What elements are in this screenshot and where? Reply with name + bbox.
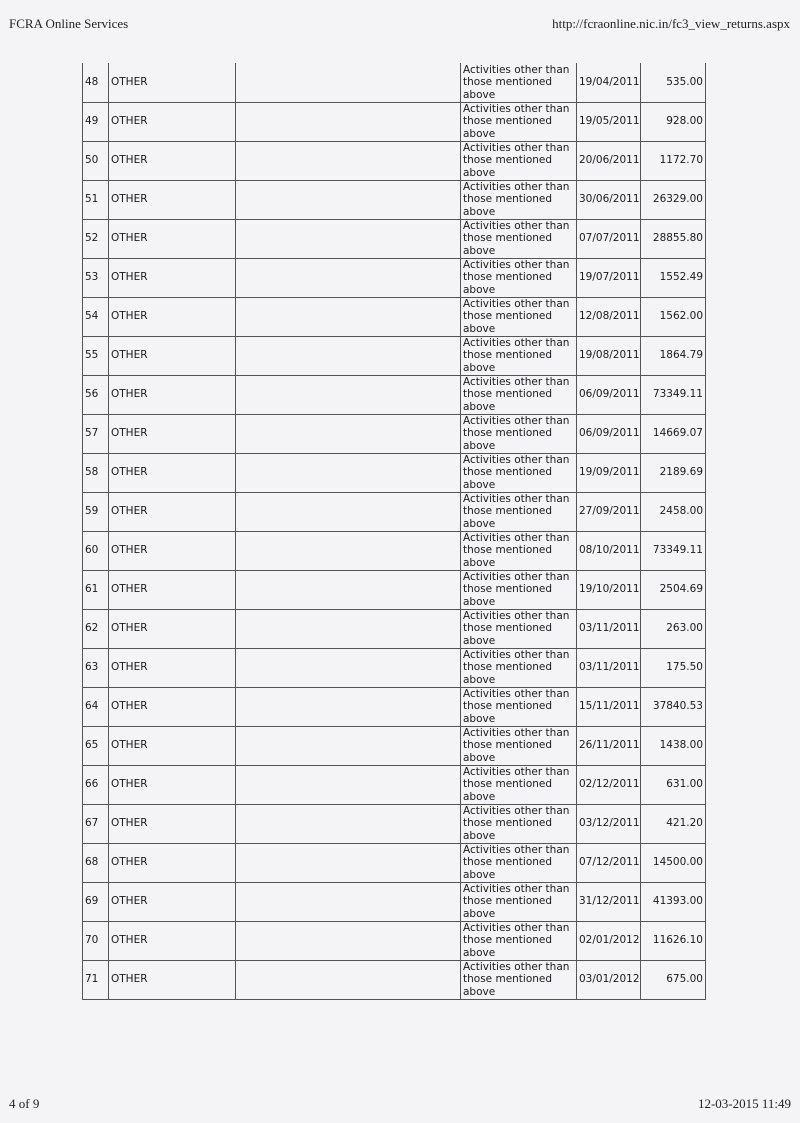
amount-cell: 14669.07 [641,414,706,453]
blank-cell [236,453,461,492]
category-cell: OTHER [109,63,236,102]
category-cell: OTHER [109,531,236,570]
blank-cell [236,219,461,258]
amount-cell: 631.00 [641,765,706,804]
serial-number-cell: 68 [83,843,109,882]
table-row: 70 OTHER Activities other than those men… [83,921,706,960]
date-cell: 19/08/2011 [577,336,641,375]
amount-cell: 928.00 [641,102,706,141]
amount-cell: 73349.11 [641,531,706,570]
blank-cell [236,258,461,297]
blank-cell [236,492,461,531]
table-row: 58 OTHER Activities other than those men… [83,453,706,492]
table-row: 50 OTHER Activities other than those men… [83,141,706,180]
category-cell: OTHER [109,765,236,804]
serial-number-cell: 49 [83,102,109,141]
date-cell: 03/12/2011 [577,804,641,843]
amount-cell: 263.00 [641,609,706,648]
purpose-cell: Activities other than those mentioned ab… [461,492,577,531]
purpose-cell: Activities other than those mentioned ab… [461,960,577,999]
blank-cell [236,648,461,687]
serial-number-cell: 57 [83,414,109,453]
table-row: 71 OTHER Activities other than those men… [83,960,706,999]
table-row: 64 OTHER Activities other than those men… [83,687,706,726]
purpose-cell: Activities other than those mentioned ab… [461,648,577,687]
purpose-cell: Activities other than those mentioned ab… [461,921,577,960]
purpose-cell: Activities other than those mentioned ab… [461,219,577,258]
table-row: 67 OTHER Activities other than those men… [83,804,706,843]
blank-cell [236,414,461,453]
date-cell: 12/08/2011 [577,297,641,336]
blank-cell [236,804,461,843]
purpose-cell: Activities other than those mentioned ab… [461,765,577,804]
amount-cell: 26329.00 [641,180,706,219]
date-cell: 19/09/2011 [577,453,641,492]
date-cell: 07/12/2011 [577,843,641,882]
date-cell: 20/06/2011 [577,141,641,180]
serial-number-cell: 66 [83,765,109,804]
amount-cell: 11626.10 [641,921,706,960]
table-row: 55 OTHER Activities other than those men… [83,336,706,375]
amount-cell: 2189.69 [641,453,706,492]
purpose-cell: Activities other than those mentioned ab… [461,141,577,180]
table-row: 49 OTHER Activities other than those men… [83,102,706,141]
amount-cell: 175.50 [641,648,706,687]
table-row: 66 OTHER Activities other than those men… [83,765,706,804]
category-cell: OTHER [109,570,236,609]
blank-cell [236,609,461,648]
purpose-cell: Activities other than those mentioned ab… [461,63,577,102]
print-timestamp: 12-03-2015 11:49 [698,1096,791,1112]
table-row: 57 OTHER Activities other than those men… [83,414,706,453]
table-row: 61 OTHER Activities other than those men… [83,570,706,609]
blank-cell [236,765,461,804]
category-cell: OTHER [109,453,236,492]
date-cell: 02/12/2011 [577,765,641,804]
serial-number-cell: 52 [83,219,109,258]
table-row: 53 OTHER Activities other than those men… [83,258,706,297]
date-cell: 03/11/2011 [577,648,641,687]
date-cell: 03/01/2012 [577,960,641,999]
date-cell: 07/07/2011 [577,219,641,258]
table-row: 60 OTHER Activities other than those men… [83,531,706,570]
purpose-cell: Activities other than those mentioned ab… [461,531,577,570]
category-cell: OTHER [109,102,236,141]
blank-cell [236,375,461,414]
date-cell: 08/10/2011 [577,531,641,570]
purpose-cell: Activities other than those mentioned ab… [461,726,577,765]
serial-number-cell: 55 [83,336,109,375]
page-number: 4 of 9 [9,1096,39,1112]
blank-cell [236,102,461,141]
table-row: 69 OTHER Activities other than those men… [83,882,706,921]
serial-number-cell: 58 [83,453,109,492]
category-cell: OTHER [109,180,236,219]
serial-number-cell: 62 [83,609,109,648]
serial-number-cell: 50 [83,141,109,180]
category-cell: OTHER [109,297,236,336]
table-row: 62 OTHER Activities other than those men… [83,609,706,648]
category-cell: OTHER [109,414,236,453]
purpose-cell: Activities other than those mentioned ab… [461,336,577,375]
purpose-cell: Activities other than those mentioned ab… [461,180,577,219]
purpose-cell: Activities other than those mentioned ab… [461,882,577,921]
purpose-cell: Activities other than those mentioned ab… [461,414,577,453]
amount-cell: 73349.11 [641,375,706,414]
date-cell: 06/09/2011 [577,414,641,453]
serial-number-cell: 67 [83,804,109,843]
amount-cell: 535.00 [641,63,706,102]
serial-number-cell: 54 [83,297,109,336]
blank-cell [236,687,461,726]
serial-number-cell: 71 [83,960,109,999]
serial-number-cell: 70 [83,921,109,960]
blank-cell [236,141,461,180]
amount-cell: 41393.00 [641,882,706,921]
date-cell: 19/05/2011 [577,102,641,141]
serial-number-cell: 61 [83,570,109,609]
purpose-cell: Activities other than those mentioned ab… [461,843,577,882]
amount-cell: 1172.70 [641,141,706,180]
category-cell: OTHER [109,882,236,921]
serial-number-cell: 51 [83,180,109,219]
serial-number-cell: 53 [83,258,109,297]
category-cell: OTHER [109,492,236,531]
table-row: 59 OTHER Activities other than those men… [83,492,706,531]
table-row: 52 OTHER Activities other than those men… [83,219,706,258]
table-row: 48 OTHER Activities other than those men… [83,63,706,102]
date-cell: 26/11/2011 [577,726,641,765]
table-row: 65 OTHER Activities other than those men… [83,726,706,765]
date-cell: 30/06/2011 [577,180,641,219]
date-cell: 02/01/2012 [577,921,641,960]
date-cell: 27/09/2011 [577,492,641,531]
site-title: FCRA Online Services [9,16,128,32]
serial-number-cell: 69 [83,882,109,921]
category-cell: OTHER [109,219,236,258]
category-cell: OTHER [109,375,236,414]
blank-cell [236,960,461,999]
category-cell: OTHER [109,687,236,726]
amount-cell: 2504.69 [641,570,706,609]
serial-number-cell: 56 [83,375,109,414]
serial-number-cell: 48 [83,63,109,102]
purpose-cell: Activities other than those mentioned ab… [461,453,577,492]
purpose-cell: Activities other than those mentioned ab… [461,375,577,414]
amount-cell: 1438.00 [641,726,706,765]
amount-cell: 1562.00 [641,297,706,336]
amount-cell: 421.20 [641,804,706,843]
page-url: http://fcraonline.nic.in/fc3_view_return… [552,16,790,32]
purpose-cell: Activities other than those mentioned ab… [461,258,577,297]
amount-cell: 37840.53 [641,687,706,726]
category-cell: OTHER [109,141,236,180]
date-cell: 15/11/2011 [577,687,641,726]
date-cell: 03/11/2011 [577,609,641,648]
blank-cell [236,843,461,882]
category-cell: OTHER [109,648,236,687]
blank-cell [236,336,461,375]
table-row: 56 OTHER Activities other than those men… [83,375,706,414]
serial-number-cell: 60 [83,531,109,570]
serial-number-cell: 64 [83,687,109,726]
amount-cell: 2458.00 [641,492,706,531]
serial-number-cell: 65 [83,726,109,765]
date-cell: 31/12/2011 [577,882,641,921]
blank-cell [236,882,461,921]
date-cell: 19/10/2011 [577,570,641,609]
purpose-cell: Activities other than those mentioned ab… [461,102,577,141]
purpose-cell: Activities other than those mentioned ab… [461,687,577,726]
blank-cell [236,63,461,102]
purpose-cell: Activities other than those mentioned ab… [461,297,577,336]
category-cell: OTHER [109,258,236,297]
serial-number-cell: 59 [83,492,109,531]
category-cell: OTHER [109,609,236,648]
purpose-cell: Activities other than those mentioned ab… [461,804,577,843]
purpose-cell: Activities other than those mentioned ab… [461,609,577,648]
amount-cell: 1552.49 [641,258,706,297]
amount-cell: 1864.79 [641,336,706,375]
amount-cell: 675.00 [641,960,706,999]
date-cell: 19/07/2011 [577,258,641,297]
blank-cell [236,531,461,570]
serial-number-cell: 63 [83,648,109,687]
date-cell: 19/04/2011 [577,63,641,102]
table-row: 63 OTHER Activities other than those men… [83,648,706,687]
category-cell: OTHER [109,726,236,765]
table-row: 51 OTHER Activities other than those men… [83,180,706,219]
category-cell: OTHER [109,960,236,999]
returns-table: 48 OTHER Activities other than those men… [82,63,706,1000]
blank-cell [236,726,461,765]
category-cell: OTHER [109,921,236,960]
returns-table-body: 48 OTHER Activities other than those men… [83,63,706,999]
category-cell: OTHER [109,336,236,375]
amount-cell: 28855.80 [641,219,706,258]
category-cell: OTHER [109,804,236,843]
category-cell: OTHER [109,843,236,882]
blank-cell [236,297,461,336]
blank-cell [236,921,461,960]
blank-cell [236,570,461,609]
blank-cell [236,180,461,219]
table-row: 68 OTHER Activities other than those men… [83,843,706,882]
table-row: 54 OTHER Activities other than those men… [83,297,706,336]
amount-cell: 14500.00 [641,843,706,882]
date-cell: 06/09/2011 [577,375,641,414]
purpose-cell: Activities other than those mentioned ab… [461,570,577,609]
